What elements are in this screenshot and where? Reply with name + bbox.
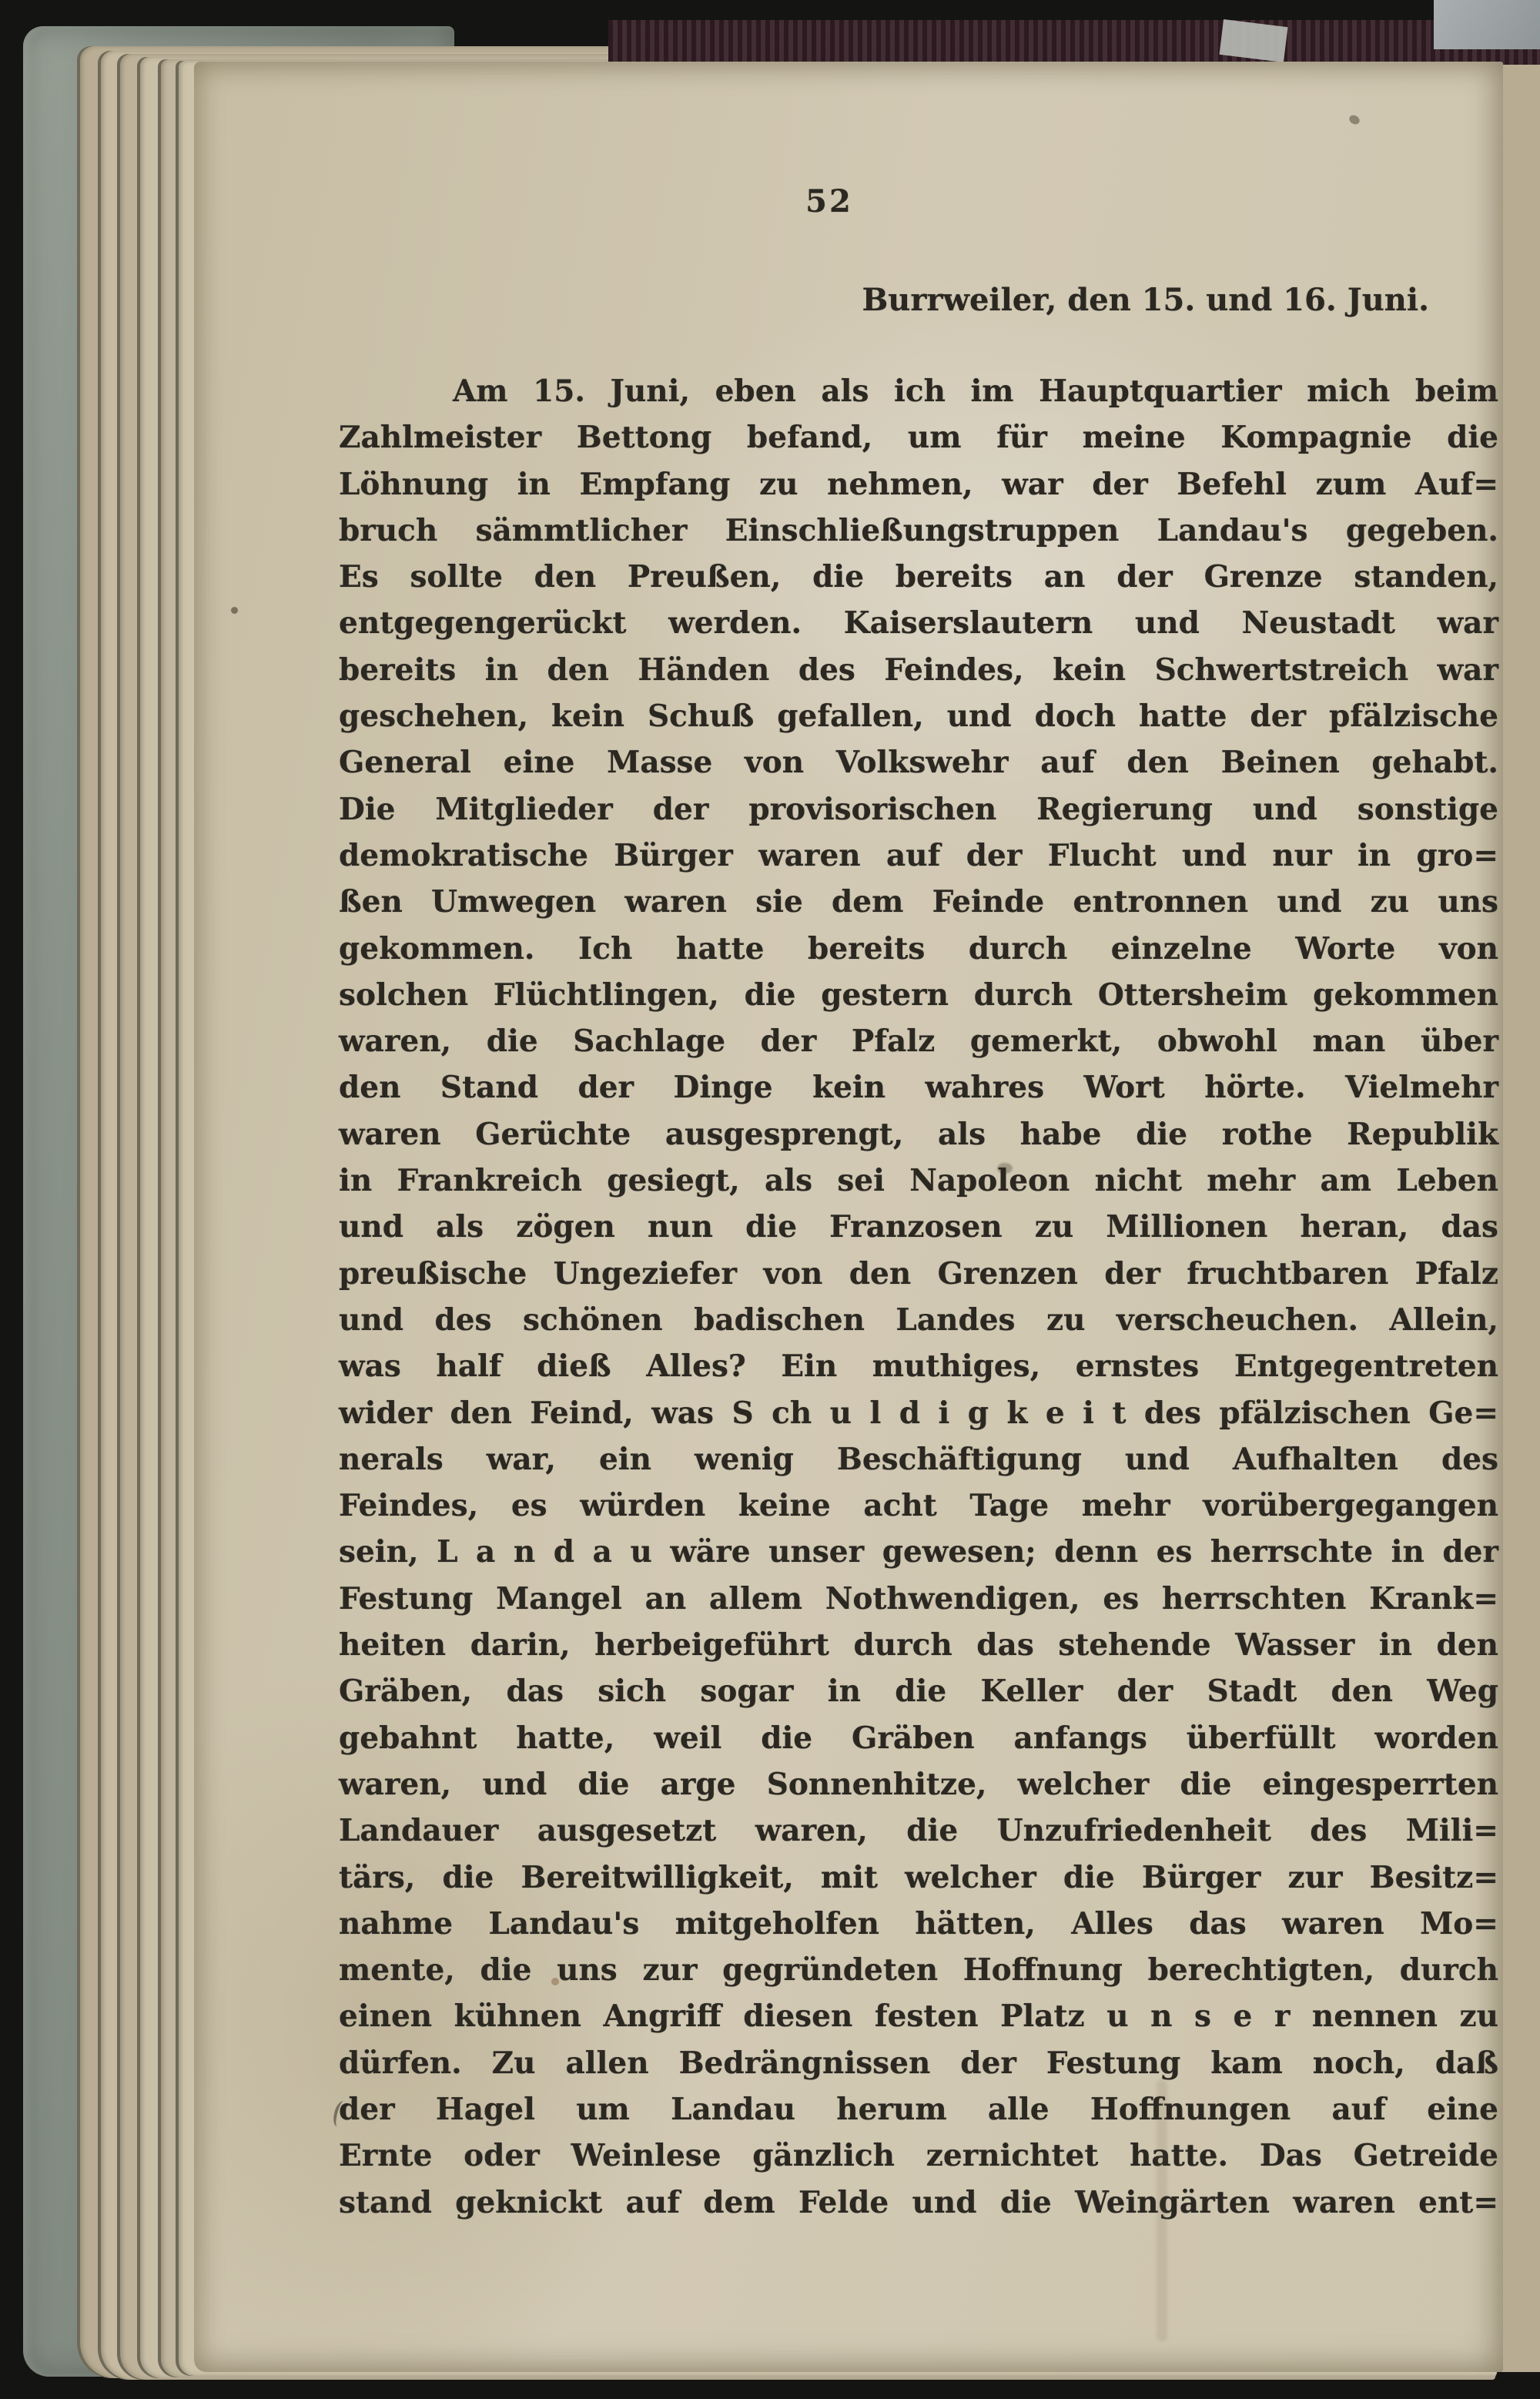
text-line: gebahnt hatte, weil die Gräben anfangs ü… bbox=[339, 1715, 1498, 1761]
text-line: geschehen, kein Schuß gefallen, und doch… bbox=[339, 693, 1498, 739]
text-line: Feindes, es würden keine acht Tage mehr … bbox=[339, 1483, 1498, 1529]
text-line: Zahlmeister Bettong befand, um für meine… bbox=[339, 414, 1498, 461]
text-line: Löhnung in Empfang zu nehmen, war der Be… bbox=[339, 461, 1498, 508]
body-text: Am 15. Juni, eben als ich im Hauptquarti… bbox=[339, 368, 1498, 2226]
text-line: Es sollte den Preußen, die bereits an de… bbox=[339, 554, 1498, 600]
text-line: nahme Landau's mitgeholfen hätten, Alles… bbox=[339, 1901, 1498, 1947]
text-line: Ernte oder Weinlese gänzlich zernichtet … bbox=[339, 2133, 1498, 2179]
text-line: Gräben, das sich sogar in die Keller der… bbox=[339, 1668, 1498, 1714]
text-line: dürfen. Zu allen Bedrängnissen der Festu… bbox=[339, 2040, 1498, 2086]
text-line: und des schönen badischen Landes zu vers… bbox=[339, 1297, 1498, 1343]
book-page: 52 Burrweiler, den 15. und 16. Juni. Am … bbox=[194, 62, 1503, 2372]
text-line: waren, und die arge Sonnenhitze, welcher… bbox=[339, 1761, 1498, 1808]
text-line: bereits in den Händen des Feindes, kein … bbox=[339, 647, 1498, 693]
text-line: tärs, die Bereitwilligkeit, mit welcher … bbox=[339, 1855, 1498, 1901]
text-line: Am 15. Juni, eben als ich im Hauptquarti… bbox=[339, 368, 1498, 414]
text-line: solchen Flüchtlingen, die gestern durch … bbox=[339, 972, 1498, 1018]
text-line: Die Mitglieder der provisorischen Regier… bbox=[339, 786, 1498, 833]
text-line: in Frankreich gesiegt, als sei Napoleon … bbox=[339, 1158, 1498, 1204]
text-line: gekommen. Ich hatte bereits durch einzel… bbox=[339, 926, 1498, 972]
photo-background: { "page": { "number": "52", "heading": "… bbox=[0, 0, 1540, 2399]
text-line: stand geknickt auf dem Felde und die Wei… bbox=[339, 2180, 1498, 2226]
text-line: sein, L a n d a u wäre unser gewesen; de… bbox=[339, 1529, 1498, 1575]
text-line: waren, die Sachlage der Pfalz gemerkt, o… bbox=[339, 1018, 1498, 1064]
text-line: ßen Umwegen waren sie dem Feinde entronn… bbox=[339, 879, 1498, 925]
text-line: bruch sämmtlicher Einschließungstruppen … bbox=[339, 508, 1498, 554]
spine-band bbox=[608, 20, 1540, 65]
text-line: was half dieß Alles? Ein muthiges, ernst… bbox=[339, 1343, 1498, 1389]
text-line: demokratische Bürger waren auf der Fluch… bbox=[339, 833, 1498, 879]
background-object bbox=[1434, 0, 1540, 49]
text-line: heiten darin, herbeigeführt durch das st… bbox=[339, 1622, 1498, 1668]
text-line: Landauer ausgesetzt waren, die Unzufried… bbox=[339, 1808, 1498, 1854]
underlying-page-edge bbox=[1500, 65, 1540, 2372]
paper-stain bbox=[1347, 113, 1361, 126]
text-line: den Stand der Dinge kein wahres Wort hör… bbox=[339, 1064, 1498, 1111]
text-line: wider den Feind, was S ch u l d i g k e … bbox=[339, 1390, 1498, 1436]
paper-stain bbox=[231, 607, 238, 614]
text-line: Festung Mangel an allem Nothwendigen, es… bbox=[339, 1576, 1498, 1622]
page-number: 52 bbox=[175, 183, 1484, 219]
text-line: einen kühnen Angriff diesen festen Platz… bbox=[339, 1993, 1498, 2039]
book-photo: 52 Burrweiler, den 15. und 16. Juni. Am … bbox=[0, 0, 1540, 2399]
text-line: mente, die uns zur gegründeten Hoffnung … bbox=[339, 1947, 1498, 1993]
section-heading: Burrweiler, den 15. und 16. Juni. bbox=[339, 282, 1498, 318]
text-line: der Hagel um Landau herum alle Hoffnunge… bbox=[339, 2086, 1498, 2133]
text-line: entgegengerückt werden. Kaiserslautern u… bbox=[339, 600, 1498, 646]
text-line: General eine Masse von Volkswehr auf den… bbox=[339, 739, 1498, 786]
text-line: waren Gerüchte ausgesprengt, als habe di… bbox=[339, 1111, 1498, 1158]
text-line: preußische Ungeziefer von den Grenzen de… bbox=[339, 1251, 1498, 1297]
text-line: und als zögen nun die Franzosen zu Milli… bbox=[339, 1204, 1498, 1250]
text-line: nerals war, ein wenig Beschäftigung und … bbox=[339, 1436, 1498, 1483]
